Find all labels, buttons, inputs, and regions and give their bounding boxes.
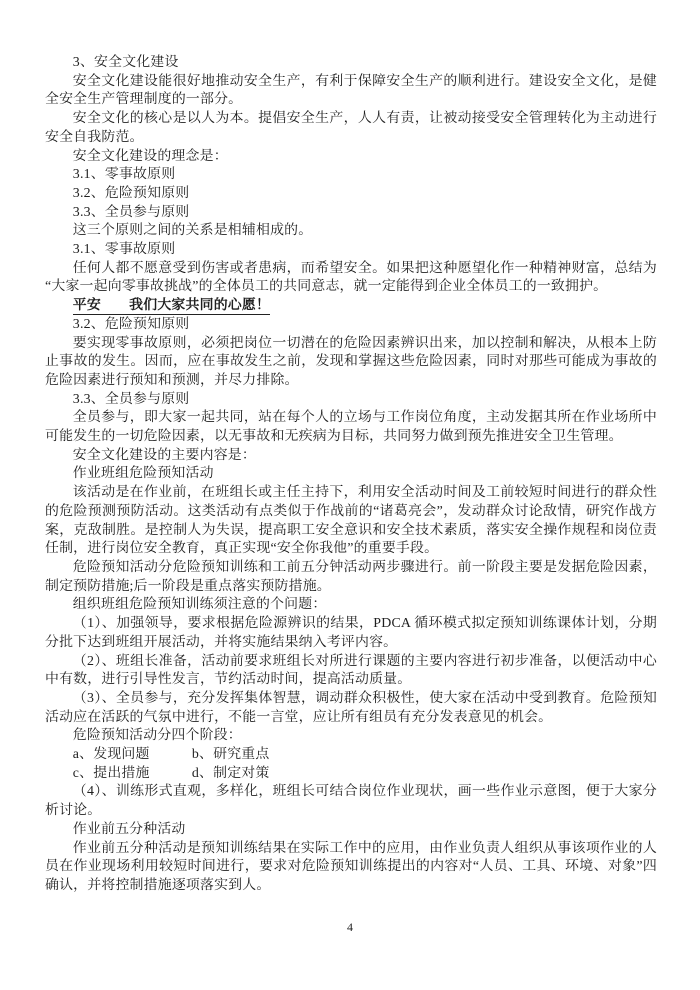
paragraph: 安全文化建设的主要内容是：: [45, 447, 657, 466]
document-page: 3、安全文化建设安全文化建设能很好地推动安全生产，有利于保障安全生产的顺利进行。…: [0, 0, 700, 990]
paragraph: 这三个原则之间的关系是相辅相成的。: [45, 222, 657, 241]
document-body: 3、安全文化建设安全文化建设能很好地推动安全生产，有利于保障安全生产的顺利进行。…: [45, 54, 657, 896]
paragraph: 3、安全文化建设: [45, 54, 657, 73]
paragraph: 危险预知活动分四个阶段：: [45, 727, 657, 746]
paragraph: 作业班组危险预知活动: [45, 465, 657, 484]
paragraph: 作业前五分种活动是预知训练结果在实际工作中的应用，由作业负责人组织从事该项作业的…: [45, 840, 657, 896]
paragraph: 作业前五分种活动: [45, 821, 657, 840]
paragraph: 要实现零事故原则，必须把岗位一切潜在的危险因素辨识出来，加以控制和解决，从根本上…: [45, 335, 657, 391]
paragraph: 组织班组危险预知训练须注意的个问题：: [45, 596, 657, 615]
paragraph: 安全文化建设能很好地推动安全生产，有利于保障安全生产的顺利进行。建设安全文化，是…: [45, 73, 657, 110]
paragraph: （4）、训练形式直观，多样化，班组长可结合岗位作业现状，画一些作业示意图，便于大…: [45, 783, 657, 820]
paragraph: 3.3、全员参与原则: [45, 391, 657, 410]
paragraph: 3.2、危险预知原则: [45, 185, 657, 204]
paragraph: 任何人都不愿意受到伤害或者患病，而希望安全。如果把这种愿望化作一种精神财富，总结…: [45, 260, 657, 297]
paragraph: （3）、全员参与，充分发挥集体智慧，调动群众积极性，使大家在活动中受到教育。危险…: [45, 690, 657, 727]
slogan-paragraph: 平安 我们大家共同的心愿！: [45, 297, 657, 316]
paragraph: 危险预知活动分危险预知训练和工前五分钟活动两步骤进行。前一阶段主要是发据危险因素…: [45, 559, 657, 596]
paragraph: 安全文化的核心是以人为本。提倡安全生产，人人有责，让被动接受安全管理转化为主动进…: [45, 110, 657, 147]
underlined-slogan-text: 平安 我们大家共同的心愿！: [73, 298, 270, 315]
paragraph: 全员参与，即大家一起共同，站在每个人的立场与工作岗位角度，主动发据其所在作业场所…: [45, 409, 657, 446]
paragraph: （2）、班组长准备，活动前要求班组长对所进行课题的主要内容进行初步准备，以便活动…: [45, 653, 657, 690]
page-number: 4: [0, 920, 700, 935]
paragraph: 3.3、全员参与原则: [45, 204, 657, 223]
paragraph: （1）、加强领导，要求根据危险源辨识的结果，PDCA 循环模式拟定预知训练课体计…: [45, 615, 657, 652]
paragraph: 安全文化建设的理念是：: [45, 148, 657, 167]
paragraph: 3.1、零事故原则: [45, 241, 657, 260]
paragraph: 3.2、危险预知原则: [45, 316, 657, 335]
paragraph: c、提出措施 d、制定对策: [45, 765, 657, 784]
paragraph: 3.1、零事故原则: [45, 166, 657, 185]
paragraph: a、发现问题 b、研究重点: [45, 746, 657, 765]
paragraph: 该活动是在作业前，在班组长或主任主持下，利用安全活动时间及工前较短时间进行的群众…: [45, 484, 657, 559]
